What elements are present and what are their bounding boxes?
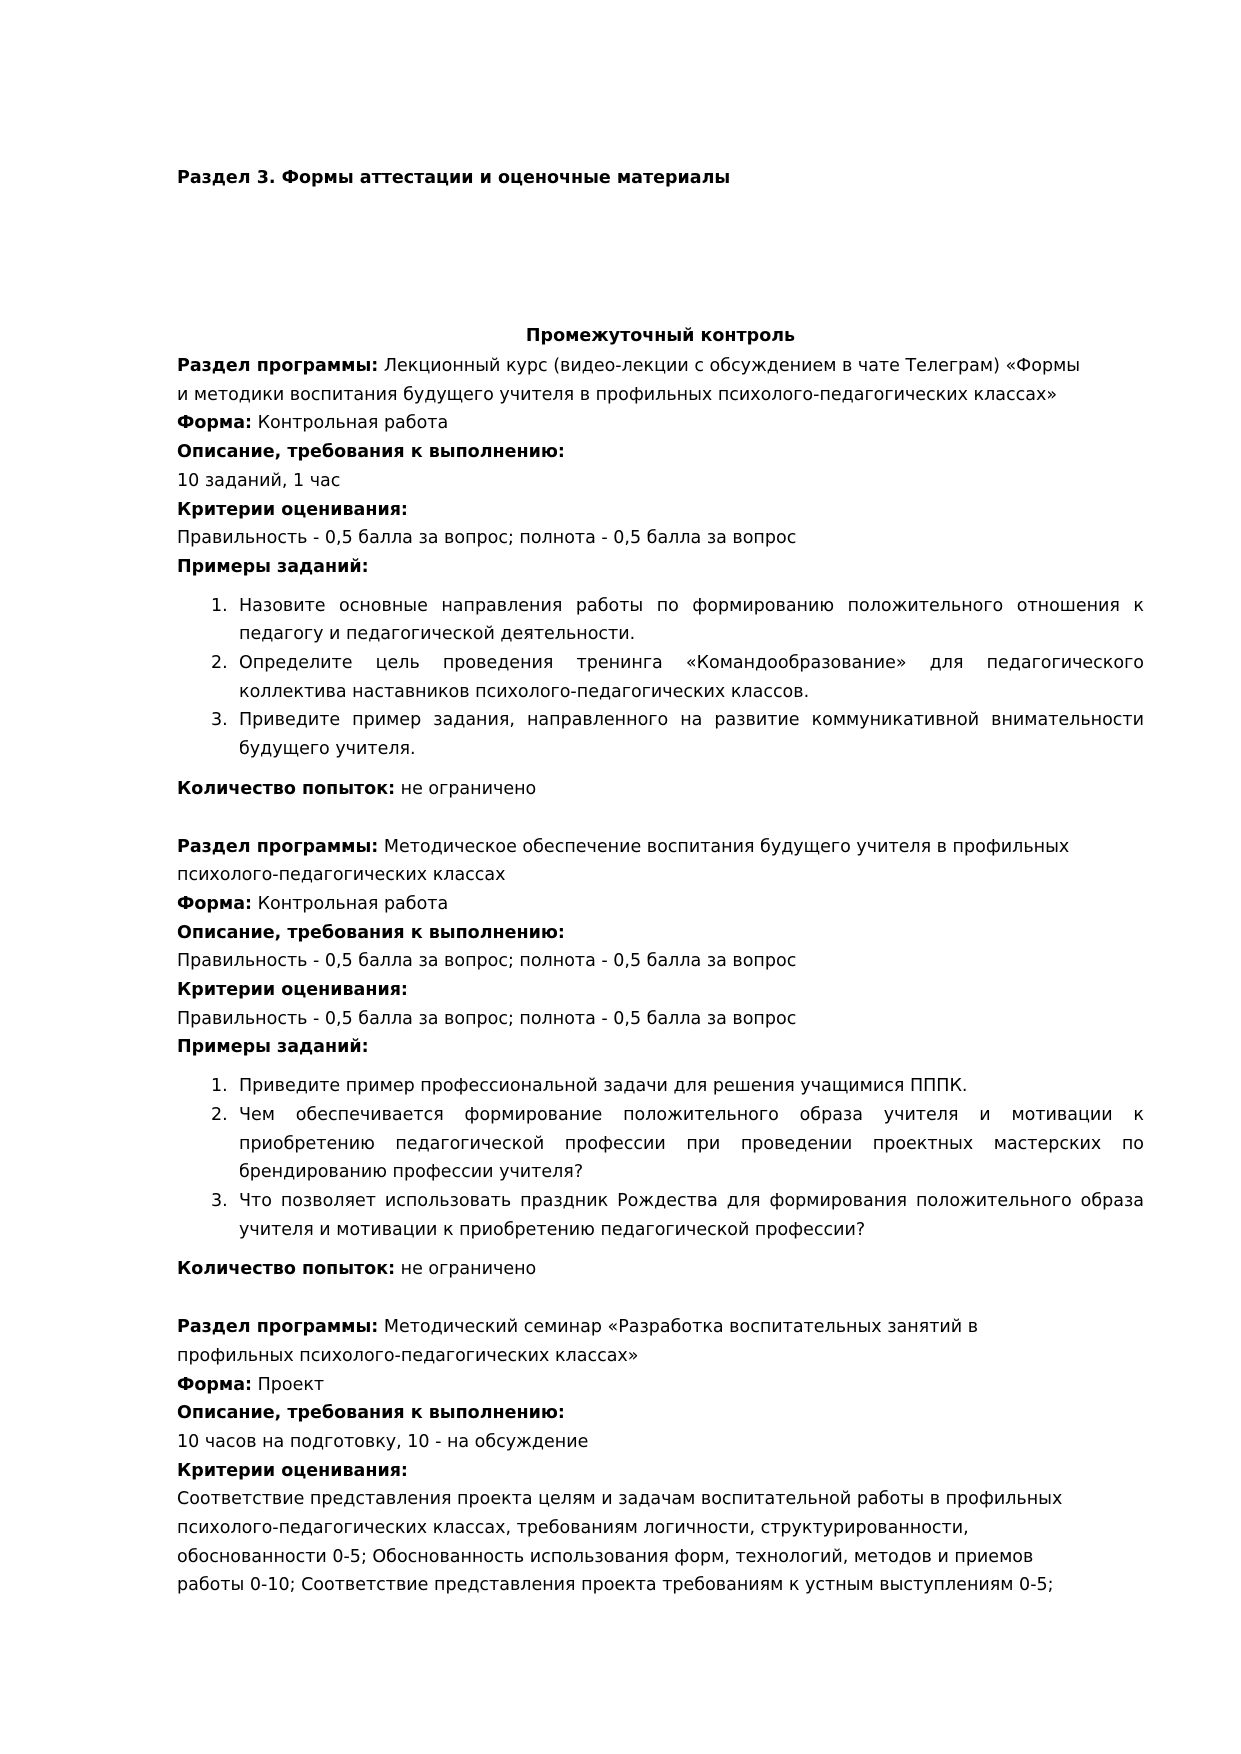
list-item: 3.Приведите пример задания, направленног… [177, 706, 1144, 763]
attempts-label: Количество попыток: [177, 779, 395, 799]
form-value: Контрольная работа [258, 413, 449, 433]
program-section-label: Раздел программы: [177, 837, 378, 857]
program-section-row: Раздел программы: Методическое обеспечен… [177, 833, 1144, 862]
assessment-block-2: Раздел программы: Методическое обеспечен… [177, 833, 1144, 1285]
attempts-value: не ограничено [401, 779, 537, 799]
form-value: Проект [258, 1375, 325, 1395]
description-value: 10 часов на подготовку, 10 - на обсужден… [177, 1428, 1144, 1457]
program-section-label: Раздел программы: [177, 1317, 378, 1337]
program-section-continuation: психолого-педагогических классах [177, 861, 1144, 890]
program-section-continuation: и методики воспитания будущего учителя в… [177, 381, 1144, 410]
list-item: 1.Назовите основные направления работы п… [177, 592, 1144, 649]
program-section-value: Лекционный курс (видео-лекции с обсужден… [384, 356, 1080, 376]
criteria-line: Соответствие представления проекта целям… [177, 1485, 1144, 1514]
attempts-label: Количество попыток: [177, 1259, 395, 1279]
form-label: Форма: [177, 413, 252, 433]
list-item: 2.Чем обеспечивается формирование положи… [177, 1101, 1144, 1187]
description-label: Описание, требования к выполнению: [177, 1399, 1144, 1428]
attempts-row: Количество попыток: не ограничено [177, 775, 1144, 804]
criteria-line: психолого-педагогических классах, требов… [177, 1514, 1144, 1543]
criteria-line: работы 0-10; Соответствие представления … [177, 1571, 1144, 1600]
criteria-label: Критерии оценивания: [177, 496, 1144, 525]
subsection-title: Промежуточный контроль [177, 324, 1144, 348]
program-section-value: Методический семинар «Разработка воспита… [384, 1317, 978, 1337]
list-item: 3.Что позволяет использовать праздник Ро… [177, 1187, 1144, 1244]
attempts-value: не ограничено [401, 1259, 537, 1279]
program-section-label: Раздел программы: [177, 356, 378, 376]
description-label: Описание, требования к выполнению: [177, 438, 1144, 467]
examples-label: Примеры заданий: [177, 1033, 1144, 1062]
program-section-value: Методическое обеспечение воспитания буду… [384, 837, 1069, 857]
program-section-continuation: профильных психолого-педагогических клас… [177, 1342, 1144, 1371]
list-item: 1.Приведите пример профессиональной зада… [177, 1072, 1144, 1101]
attempts-row: Количество попыток: не ограничено [177, 1255, 1144, 1284]
examples-label: Примеры заданий: [177, 553, 1144, 582]
description-value: Правильность - 0,5 балла за вопрос; полн… [177, 947, 1144, 976]
form-label: Форма: [177, 1375, 252, 1395]
criteria-label: Критерии оценивания: [177, 1457, 1144, 1486]
form-row: Форма: Проект [177, 1371, 1144, 1400]
examples-list: 1.Приведите пример профессиональной зада… [177, 1072, 1144, 1244]
criteria-value: Правильность - 0,5 балла за вопрос; полн… [177, 1005, 1144, 1034]
criteria-label: Критерии оценивания: [177, 976, 1144, 1005]
content-flow: Раздел программы: Лекционный курс (видео… [177, 352, 1144, 1600]
section-title: Раздел 3. Формы аттестации и оценочные м… [177, 166, 730, 190]
description-label: Описание, требования к выполнению: [177, 919, 1144, 948]
description-value: 10 заданий, 1 час [177, 467, 1144, 496]
criteria-line: обоснованности 0-5; Обоснованность испол… [177, 1543, 1144, 1572]
criteria-value: Правильность - 0,5 балла за вопрос; полн… [177, 524, 1144, 553]
assessment-block-3: Раздел программы: Методический семинар «… [177, 1313, 1144, 1600]
assessment-block-1: Раздел программы: Лекционный курс (видео… [177, 352, 1144, 804]
examples-list: 1.Назовите основные направления работы п… [177, 592, 1144, 764]
program-section-row: Раздел программы: Методический семинар «… [177, 1313, 1144, 1342]
form-row: Форма: Контрольная работа [177, 890, 1144, 919]
program-section-row: Раздел программы: Лекционный курс (видео… [177, 352, 1144, 381]
list-item: 2.Определите цель проведения тренинга «К… [177, 649, 1144, 706]
form-label: Форма: [177, 894, 252, 914]
form-row: Форма: Контрольная работа [177, 409, 1144, 438]
form-value: Контрольная работа [258, 894, 449, 914]
